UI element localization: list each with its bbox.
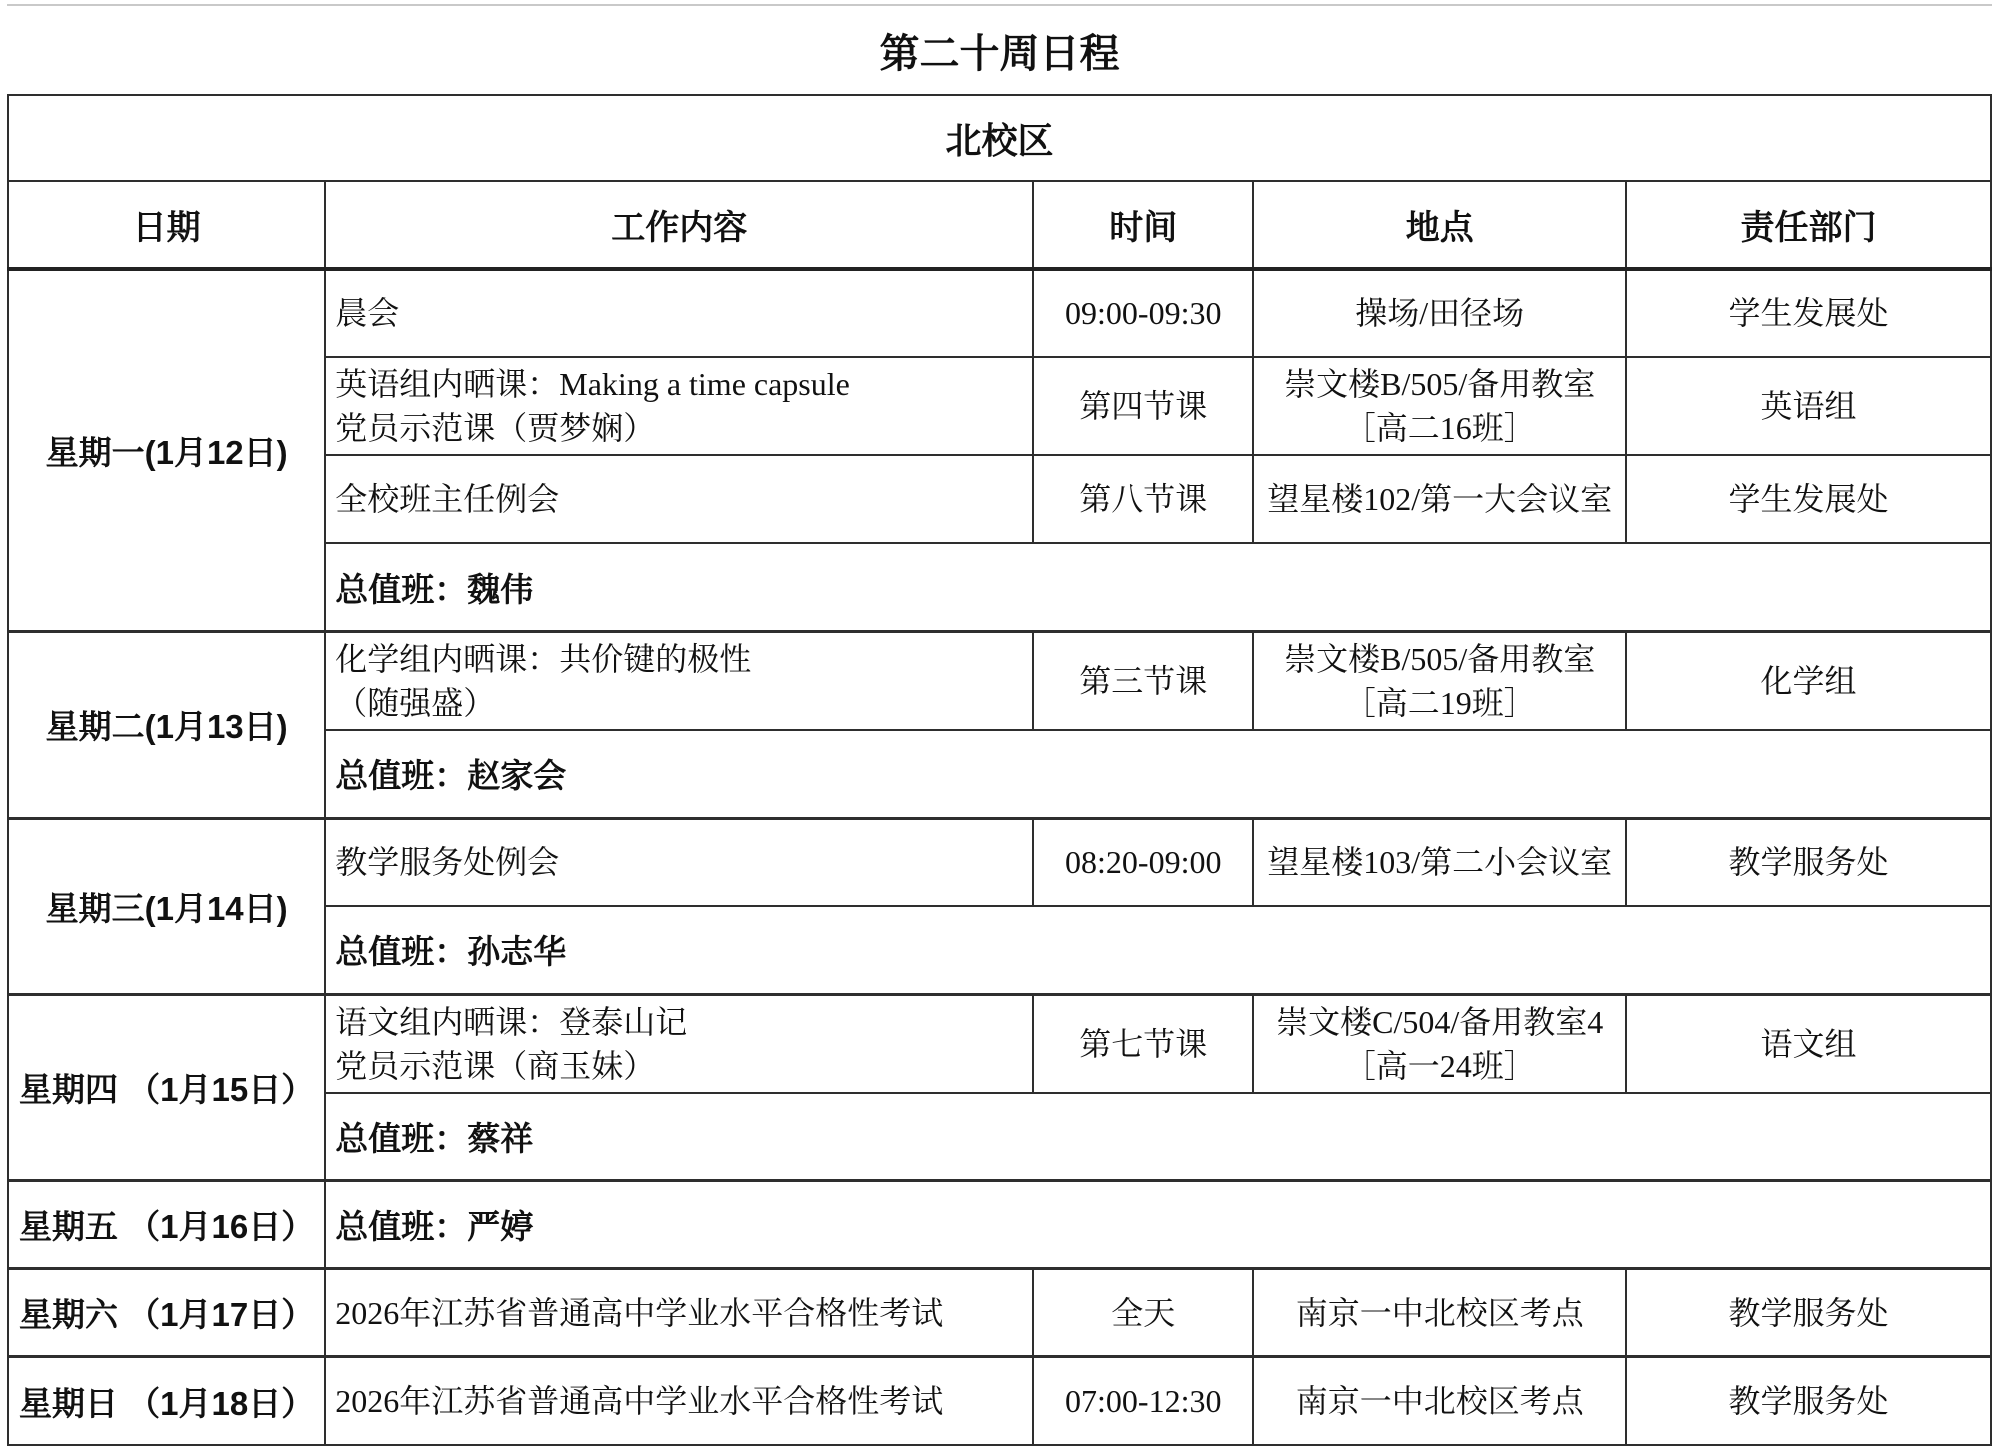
date-cell-sunday: 星期日 （1月18日） (8, 1357, 325, 1445)
event-time: 09:00-09:30 (1033, 269, 1253, 357)
col-header-time: 时间 (1033, 181, 1253, 269)
table-row: 星期三(1月14日) 教学服务处例会 08:20-09:00 望星楼103/第二… (8, 818, 1991, 906)
col-header-date: 日期 (8, 181, 325, 269)
event-content: 2026年江苏省普通高中学业水平合格性考试 (325, 1269, 1033, 1357)
table-row: 星期二(1月13日) 化学组内晒课：共价键的极性 （随强盛） 第三节课 崇文楼B… (8, 631, 1991, 730)
duty-cell: 总值班：赵家会 (325, 730, 1991, 818)
event-department: 教学服务处 (1626, 1357, 1991, 1445)
event-location: 操场/田径场 (1253, 269, 1626, 357)
event-time: 第八节课 (1033, 455, 1253, 543)
event-department: 学生发展处 (1626, 455, 1991, 543)
event-content: 全校班主任例会 (325, 455, 1033, 543)
event-content: 教学服务处例会 (325, 818, 1033, 906)
header-row: 日期 工作内容 时间 地点 责任部门 (8, 181, 1991, 269)
date-cell-wednesday: 星期三(1月14日) (8, 818, 325, 994)
duty-cell: 总值班：孙志华 (325, 906, 1991, 994)
event-department: 教学服务处 (1626, 818, 1991, 906)
table-row: 星期四 （1月15日） 语文组内晒课：登泰山记 党员示范课（商玉妹） 第七节课 … (8, 994, 1991, 1093)
event-location: 崇文楼B/505/备用教室 ［高二16班］ (1253, 357, 1626, 455)
week-title: 第二十周日程 (7, 4, 1992, 94)
event-location: 望星楼102/第一大会议室 (1253, 455, 1626, 543)
event-location: 望星楼103/第二小会议室 (1253, 818, 1626, 906)
event-content: 晨会 (325, 269, 1033, 357)
event-department: 英语组 (1626, 357, 1991, 455)
event-location: 崇文楼B/505/备用教室 ［高二19班］ (1253, 631, 1626, 730)
event-department: 化学组 (1626, 631, 1991, 730)
duty-cell: 总值班：魏伟 (325, 543, 1991, 631)
col-header-location: 地点 (1253, 181, 1626, 269)
schedule-table: 北校区 日期 工作内容 时间 地点 责任部门 星期一(1月12日) 晨会 09:… (7, 94, 1992, 1446)
event-time: 全天 (1033, 1269, 1253, 1357)
event-content: 语文组内晒课：登泰山记 党员示范课（商玉妹） (325, 994, 1033, 1093)
table-row: 星期日 （1月18日） 2026年江苏省普通高中学业水平合格性考试 07:00-… (8, 1357, 1991, 1445)
event-department: 学生发展处 (1626, 269, 1991, 357)
duty-cell: 总值班：蔡祥 (325, 1093, 1991, 1181)
campus-label: 北校区 (8, 95, 1991, 181)
event-location: 崇文楼C/504/备用教室4 ［高一24班］ (1253, 994, 1626, 1093)
table-row: 星期五 （1月16日） 总值班：严婷 (8, 1181, 1991, 1269)
col-header-content: 工作内容 (325, 181, 1033, 269)
event-time: 第四节课 (1033, 357, 1253, 455)
event-department: 语文组 (1626, 994, 1991, 1093)
event-time: 08:20-09:00 (1033, 818, 1253, 906)
event-time: 第七节课 (1033, 994, 1253, 1093)
event-content: 化学组内晒课：共价键的极性 （随强盛） (325, 631, 1033, 730)
page: 第二十周日程 北校区 日期 工作内容 时间 地点 责任部门 星期一(1月12日)… (0, 0, 1999, 1433)
event-department: 教学服务处 (1626, 1269, 1991, 1357)
event-content: 英语组内晒课：Making a time capsule 党员示范课（贾梦娴） (325, 357, 1033, 455)
date-cell-thursday: 星期四 （1月15日） (8, 994, 325, 1181)
date-cell-tuesday: 星期二(1月13日) (8, 631, 325, 818)
event-location: 南京一中北校区考点 (1253, 1357, 1626, 1445)
col-header-department: 责任部门 (1626, 181, 1991, 269)
date-cell-saturday: 星期六 （1月17日） (8, 1269, 325, 1357)
event-content: 2026年江苏省普通高中学业水平合格性考试 (325, 1357, 1033, 1445)
table-row: 星期六 （1月17日） 2026年江苏省普通高中学业水平合格性考试 全天 南京一… (8, 1269, 1991, 1357)
table-row: 星期一(1月12日) 晨会 09:00-09:30 操场/田径场 学生发展处 (8, 269, 1991, 357)
campus-row: 北校区 (8, 95, 1991, 181)
date-cell-friday: 星期五 （1月16日） (8, 1181, 325, 1269)
duty-cell: 总值班：严婷 (325, 1181, 1991, 1269)
event-time: 第三节课 (1033, 631, 1253, 730)
event-time: 07:00-12:30 (1033, 1357, 1253, 1445)
event-location: 南京一中北校区考点 (1253, 1269, 1626, 1357)
date-cell-monday: 星期一(1月12日) (8, 269, 325, 631)
